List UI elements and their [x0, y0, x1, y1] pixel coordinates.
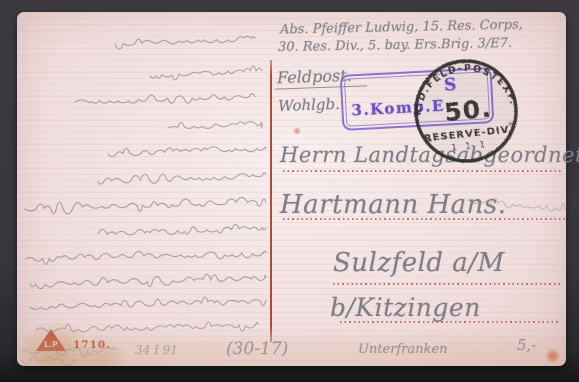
handwriting-line: [30, 274, 266, 288]
postmark-star-icon: ✱: [424, 136, 432, 146]
handwriting-line: [25, 197, 266, 214]
handwriting-line: [75, 94, 255, 104]
handwriting-line: [150, 66, 262, 80]
scanned-image: Abs. Pfeiffer Ludwig, 15. Res. Corps, 30…: [0, 0, 579, 382]
postmark-number: 50.: [443, 93, 493, 127]
handwriting-line: [30, 297, 266, 309]
handwriting-line: [98, 225, 266, 235]
handwriting-line: [108, 147, 266, 157]
handwriting-line: [22, 347, 117, 357]
postmark-star2-icon: ✱: [507, 120, 514, 129]
handwriting-line: [21, 357, 77, 366]
postmark-stamp: K.D.FELD-POSTEXP. 50. RESERVE-DIV. 1 1 1…: [400, 45, 532, 177]
handwriting-line: [472, 198, 565, 211]
handwriting-line: [168, 122, 262, 129]
handwriting-line: [115, 36, 255, 49]
handwriting-line: [36, 322, 258, 332]
handwriting-line: [26, 251, 266, 265]
postcard: Abs. Pfeiffer Ludwig, 15. Res. Corps, 30…: [17, 12, 566, 366]
handwriting-line: [98, 173, 266, 185]
